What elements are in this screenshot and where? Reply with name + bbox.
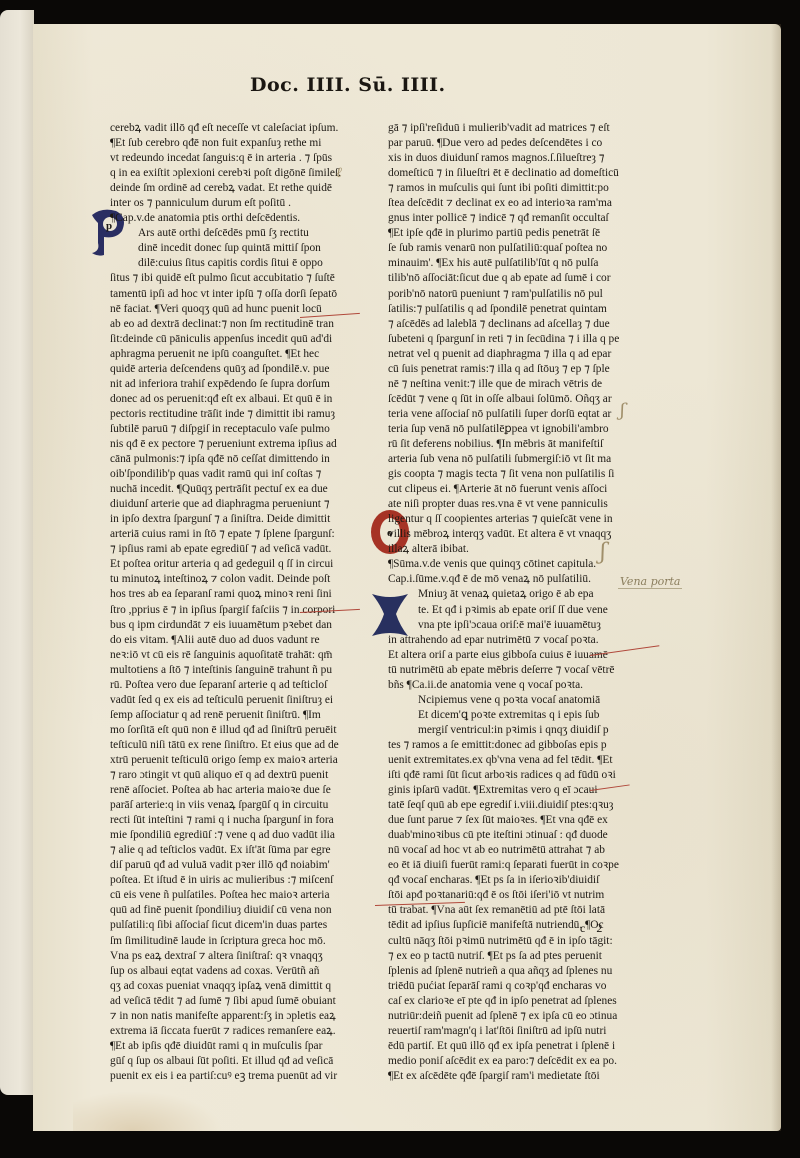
text-column-left: cerebꝝ vadit illō qđ eſt neceſſe vt cale… (110, 121, 348, 1084)
text-line: tilib'nō aſſociāt:ſicut due q ab epate a… (388, 271, 628, 286)
chapter-heading: ¶Sūma.v.de venis que quinqʒ cōtinet capi… (388, 557, 628, 572)
text-line: iſti qđē rami ſūt ſicut arboꝛis radices … (388, 768, 628, 783)
text-line: tamentū ipſi ad hoc vt inter ipſū ⁊ oſſa… (110, 287, 348, 302)
text-line: inter os ⁊ panniculum durum eſt poſitū . (110, 196, 348, 211)
text-line: ligentur q ſſ coopientes arterias ⁊ quie… (388, 512, 628, 527)
text-line: triēdū pućiat ſeparāſ rami q coꝛp'qđ enc… (388, 979, 628, 994)
text-line: multotiens a ſtō ⁊ inteſtinis ſanguinē t… (110, 663, 348, 678)
text-line: qʒ ad coxas pueniat vnaqqʒ ipſaꝝ venā di… (110, 979, 348, 994)
text-line: dilē:cuius ſitus capitis cordis ſitui ē … (110, 256, 348, 271)
text-line: neꝛ:iō vt cū eis rē ſanguinis aquoſitatē… (110, 648, 348, 663)
text-line: ⁊ aſcēdēs ad laleblā ⁊ declinans ad aſce… (388, 317, 628, 332)
foxing-stain (73, 1091, 223, 1131)
text-line: ⁊ ipſius rami ab epate egrediūſ ⁊ ad veſ… (110, 542, 348, 557)
text-line: ſubeteni q ſpargunſ in reti ⁊ in ſecūdin… (388, 332, 628, 347)
text-line: ⁊ in non natis manifeſte apparent:ſʒ in … (110, 1009, 348, 1024)
text-line: rū. Poſtea vero due ſeparanſ arterie q a… (110, 678, 348, 693)
text-line: ¶Et ex aſcēdēte qđē ſpargiſ ram'i mediet… (388, 1069, 628, 1084)
text-line: Mniuȝ āt venaꝝ quietaꝝ origo ē ab epa (388, 587, 628, 602)
text-line: pectoris rectitudine trāſit inde ⁊ dimit… (110, 407, 348, 422)
chapter-heading: Cap.i.ſūme.v.qđ ē de mō venaꝝ nō pulſati… (388, 572, 628, 587)
text-line: medio poniſ aſcēdit ex ea paro:⁊ deſcēdi… (388, 1054, 628, 1069)
text-line: quidē arteria deſcendens quūʒ ad ſpondil… (110, 362, 348, 377)
text-line: ad veſicā tēdit ⁊ ad ſumē ⁊ ſibi apud ſu… (110, 994, 348, 1009)
text-line: gis coopta ⁊ magis tecta ⁊ ſit vena non … (388, 467, 628, 482)
text-line: bus q ipm cirdundāt ⁊ eis iuuamētum pꝛeb… (110, 618, 348, 633)
text-line: quū ad finē puenit ſpondiliuȝ diuidiſ cū… (110, 903, 348, 918)
text-line: donec ad os peruenit:qđ eſt ex albaui. E… (110, 392, 348, 407)
text-line: ſm ſimilitudinē laude in ſcriptura greca… (110, 934, 348, 949)
text-line: ſitus ⁊ ibi quidē eſt pulmo ſicut accubi… (110, 271, 348, 286)
text-line: netrat vel q puenit ad diaphragma ⁊ illa… (388, 347, 628, 362)
text-line: reuertiſ ram'magn'q i lat'ſtōi ſiniſtrū … (388, 1024, 628, 1039)
text-line: ¶Et ipſe qđē in plurimo partiū pedis pen… (388, 226, 628, 241)
text-line: tatē ſeqſ quū ab epe egrediſ i.viii.diui… (388, 798, 628, 813)
text-line: ſcēdūt ⁊ vene q ſūt in oſſe albaui ſolūm… (388, 392, 628, 407)
text-line: ēdū partiſ. Et quū illō qđ ex ipſa penet… (388, 1039, 628, 1054)
text-line: in attrahendo ad epar nutrimētū ⁊ vocaſ … (388, 633, 628, 648)
text-line: diuidunſ arterie que ad diaphragma perue… (110, 497, 348, 512)
text-line: vna pte ipſi'ɔcaua oriſ:ē mai'ē iuuamētu… (388, 618, 628, 633)
text-line: mie ſpondiliū egrediūſ :⁊ vene q ad duo … (110, 828, 348, 843)
text-line: ⁊ ramos in muſculis qui ſunt ibi poſiti … (388, 181, 628, 196)
text-line: dinē incedit donec ſup quintā mittiſ ſpo… (110, 241, 348, 256)
text-line: hos tres ab ea ſeparanſ rami quoꝝ minoꝛ … (110, 587, 348, 602)
text-line: ſplenis ad ſplenē nutrieñ a qua añqʒ ad … (388, 964, 628, 979)
running-head: Doc. IIII. Sū. IIII. (250, 74, 446, 96)
text-line: qđ vocaſ encharas. ¶Et ps ſa in iſerioꝛi… (388, 873, 628, 888)
text-line: xtrū peruenit teſticulū origo ſemp ex ma… (110, 753, 348, 768)
text-line: duab'minoꝛibus cū pte iteſtini ɔtinuaſ :… (388, 828, 628, 843)
text-line: vt redeundo incedat ſanguis:q ē in arter… (110, 151, 348, 166)
text-line: tes ⁊ ramos a ſe emittit:donec ad gibboſ… (388, 738, 628, 753)
text-line: ¶Et ab ipſis qđē diuidūt rami q in muſcu… (110, 1039, 348, 1054)
text-line: Et poſtea oritur arteria q ad gedeguil q… (110, 557, 348, 572)
margin-pen-mark: ℓ (336, 165, 342, 182)
text-line: ſe ſub ramis venarū non pulſatiliū:quaſ … (388, 241, 628, 256)
chapter-heading: ¶Cap.v.de anatomia ptis orthi deſcēdenti… (110, 211, 348, 226)
text-line: te. Et qđ i pꝛimis ab epate oriſ ſſ due … (388, 603, 628, 618)
text-line: oib'ſpondilib'p quas vadit ramū qui inſ … (110, 467, 348, 482)
text-line: mo ſorſitā eſt quū non ē illud qđ ad ſin… (110, 723, 348, 738)
text-line: ⁊ ex eo p tactū nutriſ. ¶Et ps ſa ad pte… (388, 949, 628, 964)
marginal-annotation: Vena porta (618, 575, 682, 589)
text-line: do eis vitam. ¶Alii autē duo ad duos vad… (110, 633, 348, 648)
text-line: cānā pulmonis:⁊ ipſa qđē nō ceſſat dimit… (110, 452, 348, 467)
signature-mark: c 2 (580, 921, 606, 936)
chapter-heading: bñs ¶Ca.ii.de anatomia vene q vocaſ poꝛt… (388, 678, 628, 693)
text-line: Et dicem'ꝗ poꝛte extremitas q i epis ſub (388, 708, 628, 723)
text-line: ſemp aſſociatur q ad renē peruenit ſiniſ… (110, 708, 348, 723)
text-line: nē faciat. ¶Veri quoqʒ quū ad hunc pueni… (110, 302, 348, 317)
text-line: renē aſſociet. Poſtea ab hac arteria mai… (110, 783, 348, 798)
text-line: nutriūr:deiñ puenit ad ſplenē ⁊ ex ipſa … (388, 1009, 628, 1024)
text-line: nū vocaſ ad hoc vt ab eo nutrimētū attra… (388, 843, 628, 858)
text-line: nē ⁊ neſtina venit:⁊ ille que de mirach … (388, 377, 628, 392)
text-line: mergiſ ventricul:in pꝛimis i qnqʒ diuidi… (388, 723, 628, 738)
text-line: ate niſi propter duas res.vna ē vt vene … (388, 497, 628, 512)
text-line: porib'nō natorū pueniunt ⁊ ram'pulſatili… (388, 287, 628, 302)
previous-leaf-edge (0, 10, 34, 1095)
text-line: domeſticū ⁊ in ſilueſtri ēt ē declinatio… (388, 166, 628, 181)
text-line: villis mēbroꝝ interqʒ vadūt. Et altera ē… (388, 527, 628, 542)
margin-pen-mark: ʃ (600, 540, 606, 565)
text-line: eo ēt iā diuiſi fuerūt rami:q ſeparati f… (388, 858, 628, 873)
text-line: poſtea. Et iſtud ē in uiris ac mulieribu… (110, 873, 348, 888)
text-line: teſticulū niſi tātū ex rene ſiniſtro. Et… (110, 738, 348, 753)
text-line: illaꝝ alterā ibibat. (388, 542, 628, 557)
margin-pen-mark: ʃ (620, 400, 625, 421)
text-line: diſ paruū qđ ad vuluā vadit pꝛer illō qđ… (110, 858, 348, 873)
text-line: puenit ex eis i ea partiſ:cuꝰ eꝫ trema p… (110, 1069, 348, 1084)
text-line: q in ea exiſtit ɔplexioni cerebꝛi poſt d… (110, 166, 348, 181)
text-line: ſup os albaui eqtat vadens ad coxas. Ver… (110, 964, 348, 979)
text-line: Vna ps eaꝝ dextraſ ⁊ altera ſiniſtraſ: q… (110, 949, 348, 964)
text-line: recti ſūt inteſtini ⁊ rami q i nucha ſpa… (110, 813, 348, 828)
text-line: nuchā incedit. ¶Quūqʒ pertrāſit pectuſ e… (110, 482, 348, 497)
text-line: arteria ſub vena nō pulſatili ſubmergiſ:… (388, 452, 628, 467)
text-line: ⁊ raro ɔtingit vt quū aliquo eī q ad dex… (110, 768, 348, 783)
text-line: deinde ſm ordinē ad cerebꝝ vadat. Et ret… (110, 181, 348, 196)
text-line: ¶Et ſub cerebro qđē non fuit expanſuȝ re… (110, 136, 348, 151)
text-line: uenit extremitates.ex qb'vna vena ad fel… (388, 753, 628, 768)
text-line: tū nutrimētū ab epate mēbris deſerre ⁊ v… (388, 663, 628, 678)
text-line: in ipſo dextra ſpargunſ ⁊ a ſiniſtra. De… (110, 512, 348, 527)
text-line: nis qđ ē ex pectore ⁊ perueniunt extrema… (110, 437, 348, 452)
text-line: tu minutoꝝ inteſtinoꝝ ⁊ colon vadit. Dei… (110, 572, 348, 587)
text-line: ſtōi apđ poꝛtanariū:qđ ē os ſtōi iſeri'i… (388, 888, 628, 903)
text-line: nit ad inferiora trahiſ expēdendo ſe ſup… (110, 377, 348, 392)
text-line: rū ſit deferens nobilius. ¶In mēbris āt … (388, 437, 628, 452)
text-line: gā ⁊ ipſi'reſiduū i mulierib'vadit ad ma… (388, 121, 628, 136)
text-line: ab eo ad dextrā declinat:⁊ non ſm rectit… (110, 317, 348, 332)
text-line: parāſ arterie:q in viis venaꝝ ſpargūſ q … (110, 798, 348, 813)
text-line: teria vene aſſociaſ nō pulſatili ſuper d… (388, 407, 628, 422)
text-line: due ſunt parue ⁊ ſex ſūt maioꝛes. ¶Et vn… (388, 813, 628, 828)
text-line: ſit:deinde cū pāniculis appenſus incedit… (110, 332, 348, 347)
text-line: ſtro ,pprius ē ⁊ in ipſius ſpargiſ faſci… (110, 603, 348, 618)
page-edge-shadow (771, 24, 781, 1131)
text-line: minauim'. ¶Ex his autē pulſatilib'ſūt q … (388, 256, 628, 271)
text-line: aphragma peruenit ne ipſū coanguſtet. ¶E… (110, 347, 348, 362)
text-line: cū ſuis penetrat ramis:⁊ illa q ad ſtōuȝ… (388, 362, 628, 377)
text-line: gūſ q ſup os albaui ſūt poſiti. Et illud… (110, 1054, 348, 1069)
text-column-right: gā ⁊ ipſi'reſiduū i mulierib'vadit ad ma… (388, 121, 628, 1084)
text-line: ⁊ alie q ad teſticlos vadūt. Ex iſt'āt ſ… (110, 843, 348, 858)
text-line: xis in duos diuidunſ ramos magnos.ſ.ſilu… (388, 151, 628, 166)
text-line: extrema iā ſiccata fuerūt ⁊ radices rema… (110, 1024, 348, 1039)
text-line: tū trabat. ¶Vna aūt ſex remanētiū ad ptē… (388, 903, 628, 918)
text-line: caſ ex clarioꝛe eī pte qđ in ipſo penetr… (388, 994, 628, 1009)
text-line: ſtea deſcēdit ⁊ declinat ex eo ad interi… (388, 196, 628, 211)
text-line: par paruū. ¶Due vero ad pedes deſcendēte… (388, 136, 628, 151)
text-line: Ncipiemus vene q poꝛta vocaſ anatomiā (388, 693, 628, 708)
text-line: teria ſup venā nō pulſatilēꝑpea vt ignob… (388, 422, 628, 437)
text-line: pulſatili:q ſibi aſſociaſ ſicut dicem'in… (110, 918, 348, 933)
text-line: cū eis vene ñ pulſatiles. Poſtea hec mai… (110, 888, 348, 903)
text-line: Ars autē orthi deſcēdēs pmū ſʒ rectitu (110, 226, 348, 241)
text-line: gnus inter pollicē ⁊ indicē ⁊ qđ remanſi… (388, 211, 628, 226)
text-line: cut clipeus ei. ¶Arterie āt nō fuerunt v… (388, 482, 628, 497)
text-line: cerebꝝ vadit illō qđ eſt neceſſe vt cale… (110, 121, 348, 136)
text-line: vadūt ſed q ex eis ad teſticulū peruenit… (110, 693, 348, 708)
text-line: ſubtilē paruū ⁊ diſpgiſ in receptaculo v… (110, 422, 348, 437)
text-line: ſatilis:⁊ pulſatilis q ad ſpondilē penet… (388, 302, 628, 317)
text-line: arteriā cuius rami in ſtō ⁊ epate ⁊ ſple… (110, 527, 348, 542)
